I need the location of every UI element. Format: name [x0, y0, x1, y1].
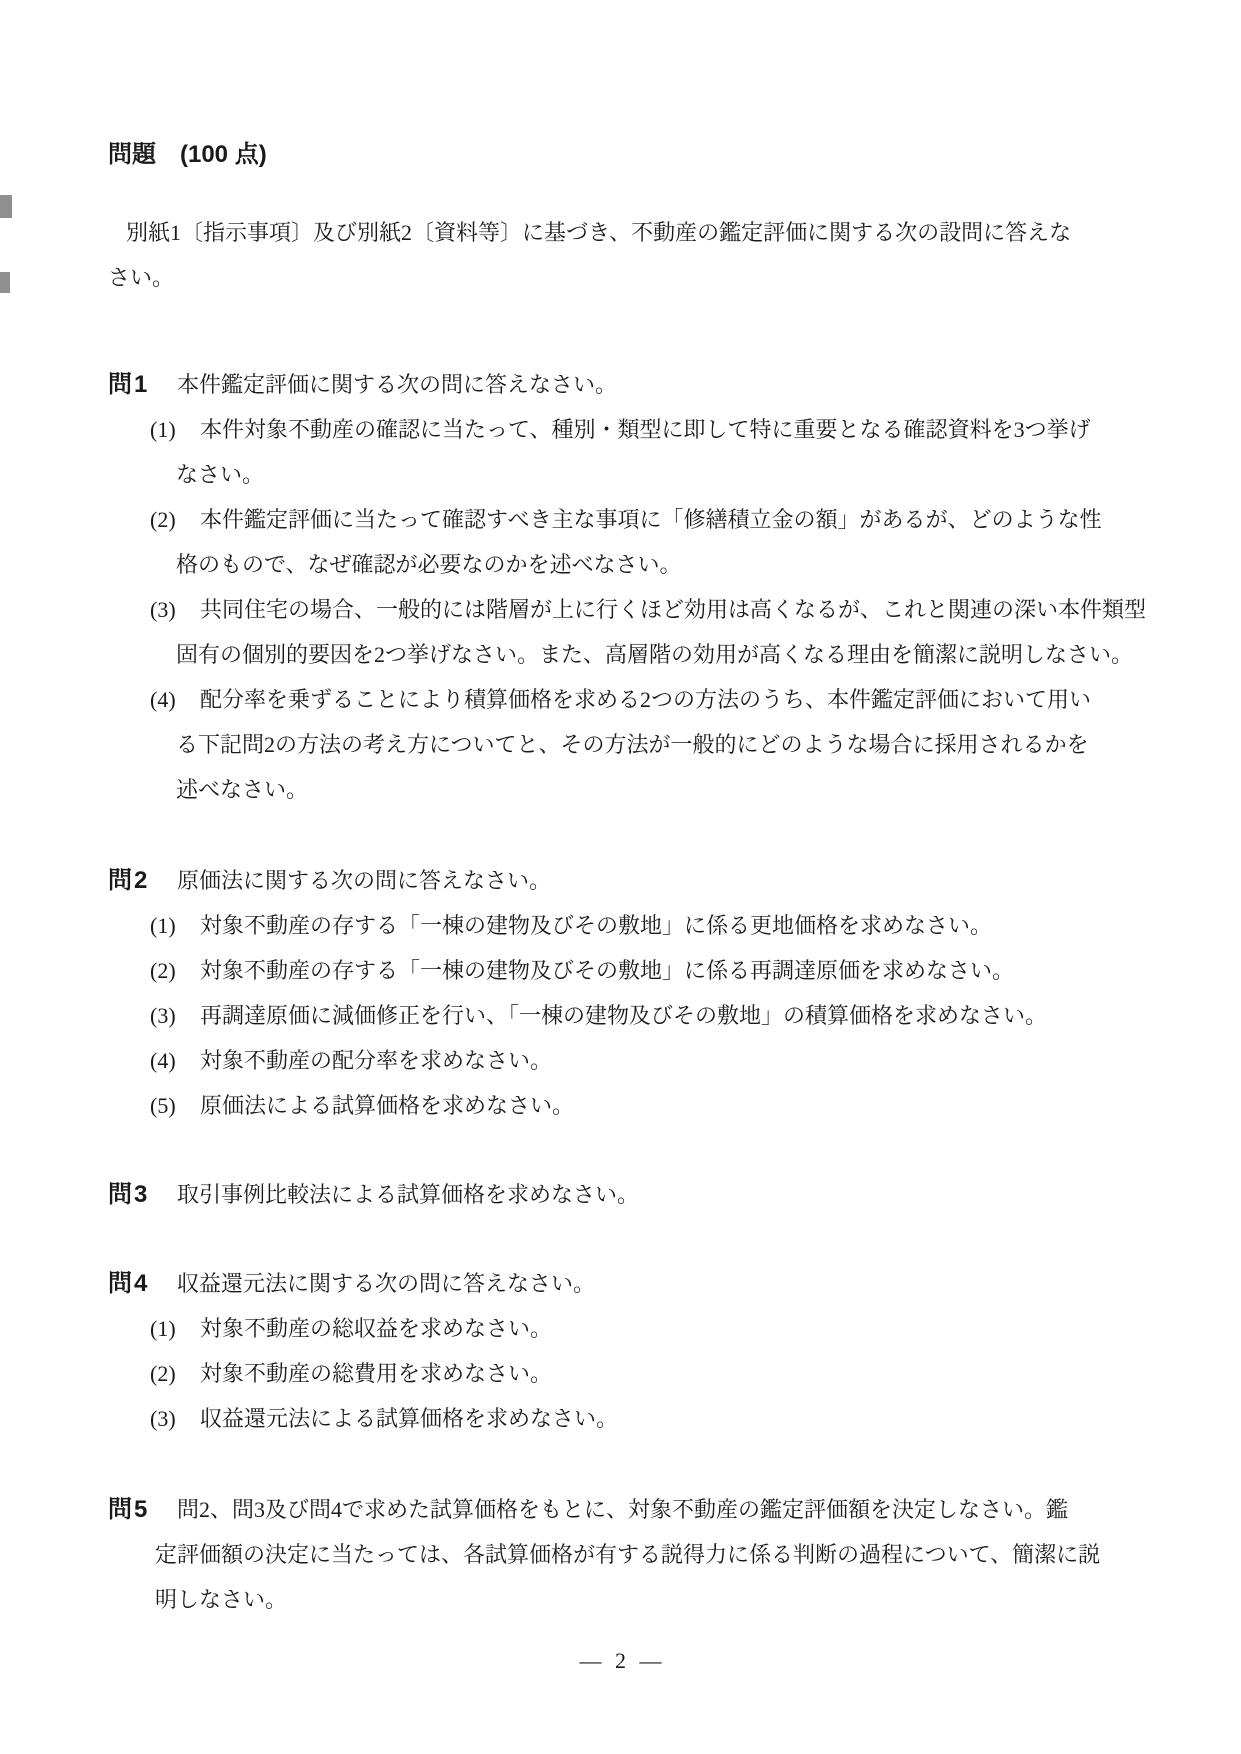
item-marker: (2)	[150, 948, 200, 993]
item-marker: (3)	[150, 993, 200, 1038]
question-label: 問5	[108, 1487, 149, 1532]
item-text: 対象不動産の配分率を求めなさい。	[200, 1048, 552, 1073]
scan-artifact	[0, 272, 10, 293]
item-line: (2)本件鑑定評価に当たって確認すべき主な事項に「修繕積立金の額」があるが、どの…	[108, 497, 1201, 542]
question-label: 問1	[108, 362, 149, 407]
question-label: 問2	[108, 858, 149, 903]
item-line: なさい。	[108, 452, 1201, 497]
item-text: 再調達原価に減価修正を行い、「一棟の建物及びその敷地」の積算価格を求めなさい。	[200, 1003, 1047, 1028]
item-line: 述べなさい。	[108, 767, 1201, 812]
item: (3)共同住宅の場合、一般的には階層が上に行くほど効用は高くなるが、これと関連の…	[108, 587, 1201, 677]
item-line: る下記問2の方法の考え方についてと、その方法が一般的にどのような場合に採用される…	[108, 722, 1201, 767]
item-marker: (4)	[150, 1038, 200, 1083]
item-line: (5)原価法による試算価格を求めなさい。	[108, 1083, 1201, 1128]
exam-document-page: 問題 (100 点) 別紙1〔指示事項〕及び別紙2〔資料等〕に基づき、不動産の鑑…	[0, 0, 1241, 1754]
item-line: (2)対象不動産の総費用を求めなさい。	[108, 1351, 1201, 1396]
item-line: (4)配分率を乗ずることにより積算価格を求める2つの方法のうち、本件鑑定評価にお…	[108, 677, 1201, 722]
item-line: (1)対象不動産の存する「一棟の建物及びその敷地」に係る更地価格を求めなさい。	[108, 903, 1201, 948]
item-line: (3)再調達原価に減価修正を行い、「一棟の建物及びその敷地」の積算価格を求めなさ…	[108, 993, 1201, 1038]
item-marker: (3)	[150, 587, 200, 632]
item-marker: (1)	[150, 1306, 200, 1351]
item-text: 対象不動産の総費用を求めなさい。	[200, 1361, 552, 1386]
item: (4)配分率を乗ずることにより積算価格を求める2つの方法のうち、本件鑑定評価にお…	[108, 677, 1201, 812]
item-text: 本件対象不動産の確認に当たって、種別・類型に即して特に重要となる確認資料を3つ挙…	[200, 417, 1091, 442]
question-label: 問4	[108, 1261, 149, 1306]
question-text-line: 明しなさい。	[108, 1577, 1201, 1622]
item-line: (2)対象不動産の存する「一棟の建物及びその敷地」に係る再調達原価を求めなさい。	[108, 948, 1201, 993]
item-line: (1)本件対象不動産の確認に当たって、種別・類型に即して特に重要となる確認資料を…	[108, 407, 1201, 452]
item-marker: (2)	[150, 1351, 200, 1396]
page-title: 問題 (100 点)	[108, 132, 267, 177]
scan-artifact	[0, 195, 12, 218]
item-line: (4)対象不動産の配分率を求めなさい。	[108, 1038, 1201, 1083]
item-text: 配分率を乗ずることにより積算価格を求める2つの方法のうち、本件鑑定評価において用…	[200, 687, 1091, 712]
item-marker: (4)	[150, 677, 200, 722]
question-text-line: 定評価額の決定に当たっては、各試算価格が有する説得力に係る判断の過程について、簡…	[108, 1532, 1201, 1577]
intro-line: さい。	[108, 255, 1071, 300]
item-text: 対象不動産の存する「一棟の建物及びその敷地」に係る再調達原価を求めなさい。	[200, 958, 1014, 983]
question-text-line: 取引事例比較法による試算価格を求めなさい。	[108, 1172, 1201, 1217]
question-text-line: 問2、問3及び問4で求めた試算価格をもとに、対象不動産の鑑定評価額を決定しなさい…	[108, 1487, 1201, 1532]
item-text: 原価法による試算価格を求めなさい。	[200, 1093, 574, 1118]
item-line: 固有の個別的要因を2つ挙げなさい。また、高層階の効用が高くなる理由を簡潔に説明し…	[108, 632, 1201, 677]
item-line: (3)共同住宅の場合、一般的には階層が上に行くほど効用は高くなるが、これと関連の…	[108, 587, 1201, 632]
page-number: — 2 —	[0, 1638, 1241, 1683]
question-label: 問3	[108, 1172, 149, 1217]
item-marker: (1)	[150, 407, 200, 452]
item-text: 本件鑑定評価に当たって確認すべき主な事項に「修繕積立金の額」があるが、どのような…	[200, 507, 1102, 532]
item: (1)本件対象不動産の確認に当たって、種別・類型に即して特に重要となる確認資料を…	[108, 407, 1201, 497]
item-text: 共同住宅の場合、一般的には階層が上に行くほど効用は高くなるが、これと関連の深い本…	[200, 597, 1146, 622]
intro-line: 別紙1〔指示事項〕及び別紙2〔資料等〕に基づき、不動産の鑑定評価に関する次の設問…	[108, 210, 1071, 255]
question-text-line: 原価法に関する次の問に答えなさい。	[108, 858, 1201, 903]
question-text-line: 収益還元法に関する次の問に答えなさい。	[108, 1261, 1201, 1306]
intro-paragraph: 別紙1〔指示事項〕及び別紙2〔資料等〕に基づき、不動産の鑑定評価に関する次の設問…	[108, 210, 1071, 300]
question-4: 問4 収益還元法に関する次の問に答えなさい。 (1)対象不動産の総収益を求めなさ…	[108, 1261, 1201, 1441]
item-text: 対象不動産の存する「一棟の建物及びその敷地」に係る更地価格を求めなさい。	[200, 913, 992, 938]
item-text: 対象不動産の総収益を求めなさい。	[200, 1316, 552, 1341]
item-marker: (3)	[150, 1396, 200, 1441]
question-1: 問1 本件鑑定評価に関する次の問に答えなさい。 (1)本件対象不動産の確認に当た…	[108, 362, 1201, 812]
item-marker: (2)	[150, 497, 200, 542]
question-text-line: 本件鑑定評価に関する次の問に答えなさい。	[108, 362, 1201, 407]
item-marker: (5)	[150, 1083, 200, 1128]
item-marker: (1)	[150, 903, 200, 948]
question-2: 問2 原価法に関する次の問に答えなさい。 (1)対象不動産の存する「一棟の建物及…	[108, 858, 1201, 1128]
question-3: 問3 取引事例比較法による試算価格を求めなさい。	[108, 1172, 1201, 1217]
item-line: (1)対象不動産の総収益を求めなさい。	[108, 1306, 1201, 1351]
item: (2)本件鑑定評価に当たって確認すべき主な事項に「修繕積立金の額」があるが、どの…	[108, 497, 1201, 587]
item-text: 収益還元法による試算価格を求めなさい。	[200, 1406, 618, 1431]
question-5: 問5 問2、問3及び問4で求めた試算価格をもとに、対象不動産の鑑定評価額を決定し…	[108, 1487, 1201, 1622]
item-line: 格のもので、なぜ確認が必要なのかを述べなさい。	[108, 542, 1201, 587]
item-line: (3)収益還元法による試算価格を求めなさい。	[108, 1396, 1201, 1441]
